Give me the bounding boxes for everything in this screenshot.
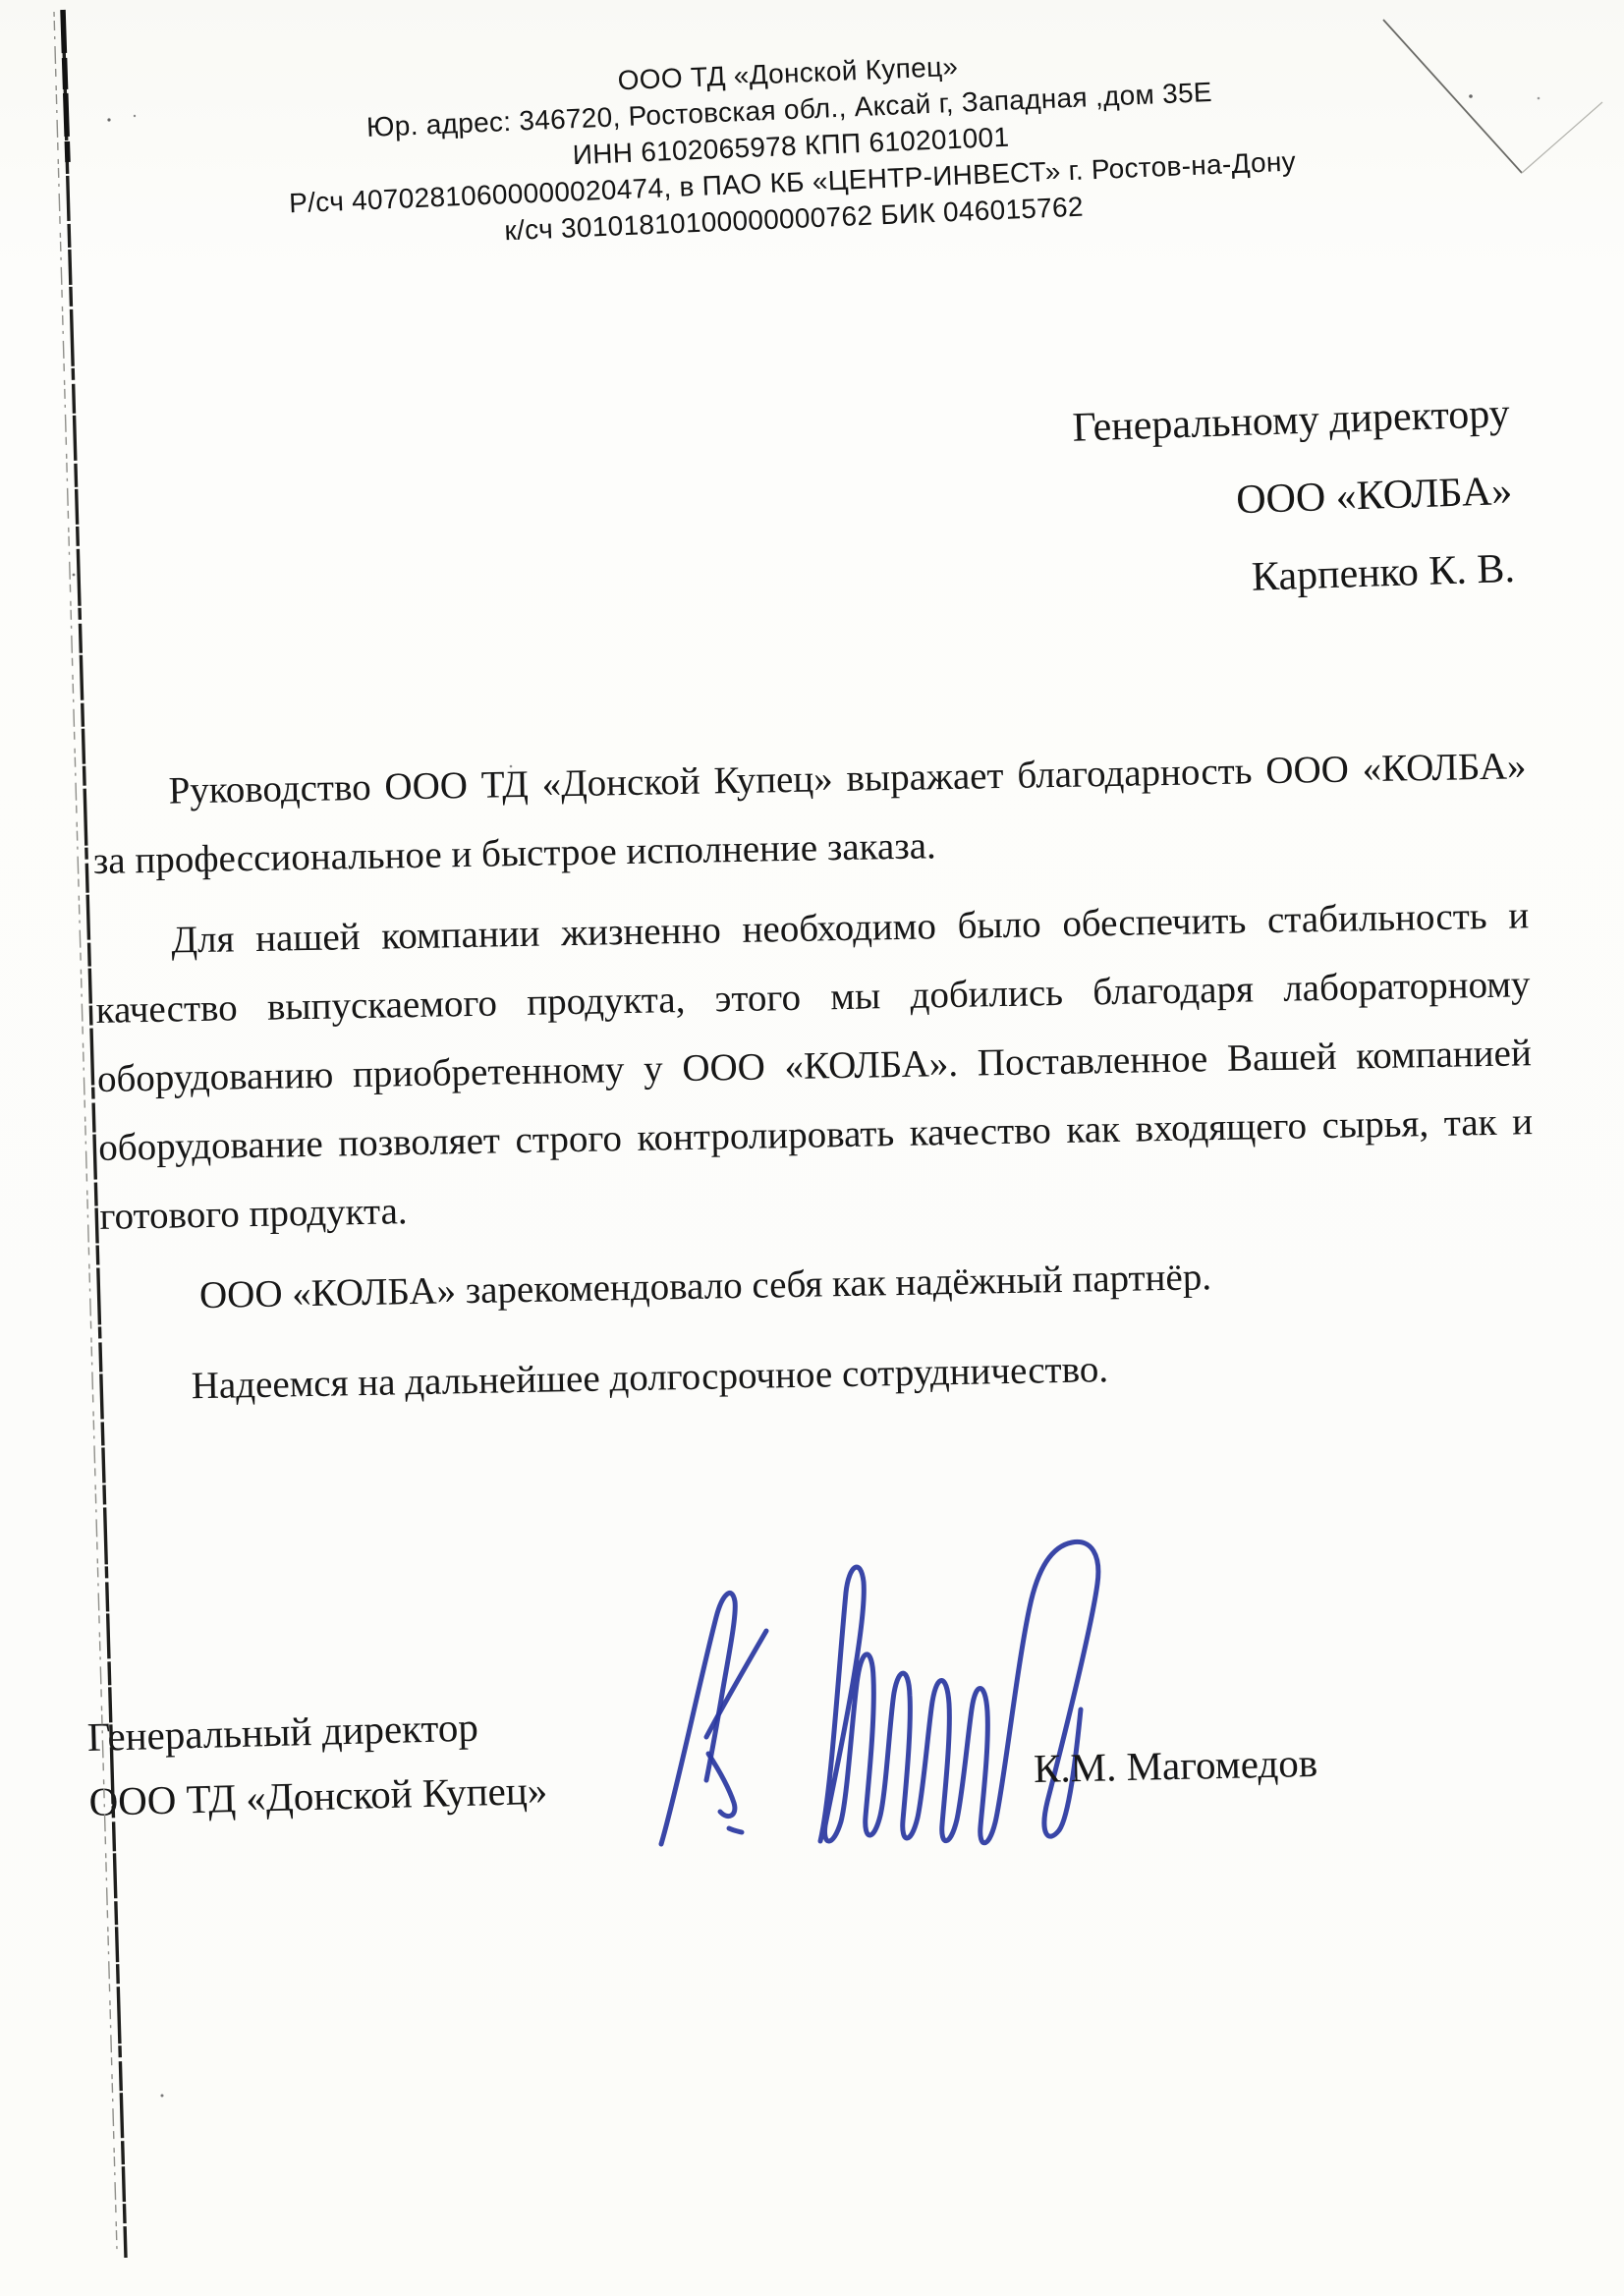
signature-stroke-k (661, 1593, 735, 1844)
paragraph-2: Для нашей компании жизненно необходимо б… (94, 881, 1535, 1252)
signer-company: ООО ТД «Донской Купец» (88, 1758, 548, 1834)
letterhead: ООО ТД «Донской Купец» Юр. адрес: 346720… (149, 28, 1433, 263)
scan-scratch-mark-return (1522, 102, 1602, 173)
body-line: Надеемся на дальнейшее долгосрочное сотр… (102, 1327, 1538, 1423)
signature-title-block: Генеральный директор ООО ТД «Донской Куп… (86, 1693, 548, 1834)
addressee-person: Карпенко К. В. (1076, 531, 1516, 623)
signature-stroke-m (820, 1541, 1098, 1842)
paragraph-3: ООО «КОЛБА» зарекомендовало себя как над… (100, 1237, 1536, 1332)
scan-edge-line-top-thick (63, 10, 68, 162)
addressee-block: Генеральному директору ООО «КОЛБА» Карпе… (1071, 375, 1516, 623)
signature-stroke-dot (729, 1828, 742, 1832)
paragraph-1: Руководство ООО ТД «Донской Купец» выраж… (91, 732, 1528, 896)
addressee-company: ООО «КОЛБА» (1074, 453, 1514, 545)
scanned-letter-page: ООО ТД «Донской Купец» Юр. адрес: 346720… (0, 0, 1624, 2296)
body-line: ООО «КОЛБА» зарекомендовало себя как над… (100, 1237, 1536, 1332)
handwritten-signature (637, 1501, 1128, 1865)
signature-stroke-k-arm (706, 1631, 766, 1737)
signer-name: К.М. Магомедов (1034, 1741, 1318, 1790)
letter-body: Руководство ООО ТД «Донской Купец» выраж… (91, 732, 1538, 1423)
signer-position: Генеральный директор (86, 1693, 546, 1769)
addressee-position: Генеральному директору (1071, 375, 1511, 468)
paragraph-4: Надеемся на дальнейшее долгосрочное сотр… (102, 1327, 1538, 1423)
signature-stroke-k-leg (708, 1754, 735, 1817)
